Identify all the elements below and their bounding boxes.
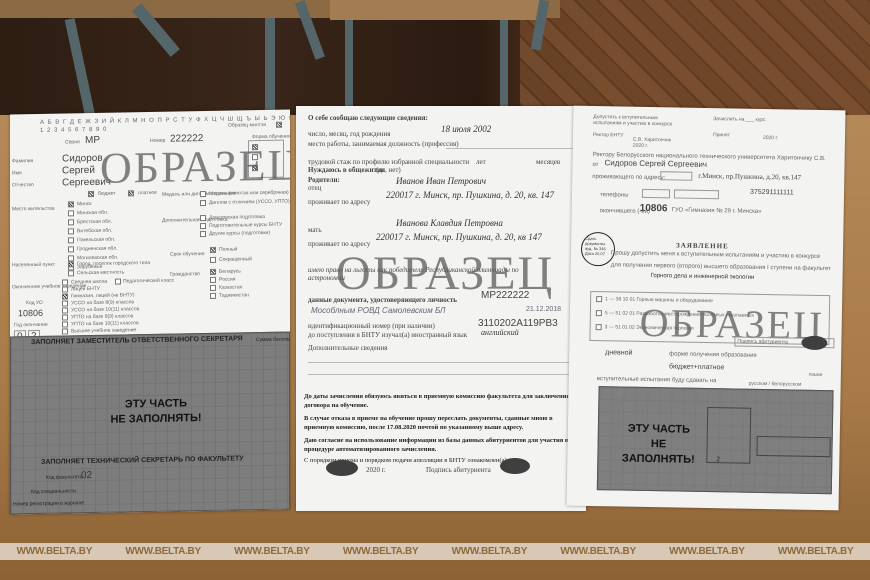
citizenship-checkbox[interactable]	[210, 277, 216, 283]
term-label: Полный	[219, 246, 237, 252]
info-header: О себе сообщаю следующие сведения:	[308, 114, 428, 122]
extra-label: Дополнительные сведения	[308, 344, 387, 352]
school-checkbox[interactable]	[62, 321, 68, 327]
school-name: ГУО «Гимназия № 29 г. Минска»	[672, 207, 762, 215]
watermark-bar: WWW.BELTA.BY WWW.BELTA.BY WWW.BELTA.BY W…	[0, 543, 870, 560]
warning-line-3: ЗАПОЛНЯТЬ!	[618, 451, 698, 467]
work-line	[446, 148, 576, 149]
medal-label: Медаль (золотая или серебряная)	[209, 190, 289, 197]
school-checkbox[interactable]	[62, 293, 68, 299]
sheet-application: Допустить к вступительным испытаниям и у…	[567, 106, 846, 511]
budget-checkbox[interactable]	[88, 191, 94, 197]
patronymic-label: Отчество	[12, 182, 34, 188]
official-use-area: ЗАПОЛНЯЕТ ЗАМЕСТИТЕЛЬ ОТВЕТСТВЕННОГО СЕК…	[10, 332, 290, 515]
accepted-label: Принят	[713, 132, 730, 138]
citizenship-label: Таджикистан	[219, 292, 249, 299]
birth-label: число, месяц, год рождения	[308, 130, 391, 138]
grad-year-label: Год окончания	[14, 322, 48, 329]
medal-checkbox[interactable]	[200, 200, 206, 206]
school-label: Средняя школа	[71, 279, 107, 286]
citizenship-label: Беларусь	[219, 268, 241, 274]
sample-check-label: Образец милтэн	[228, 122, 266, 129]
watermark-text: WWW.BELTA.BY	[234, 546, 309, 557]
applicant-name: Сидоров Сергей Сергеевич	[604, 158, 707, 169]
term-label: Срок обучения	[170, 251, 204, 258]
code-value: 10806	[18, 308, 43, 318]
watermark-text: WWW.BELTA.BY	[778, 546, 853, 557]
region-checkbox[interactable]	[68, 201, 74, 207]
school-checkbox[interactable]	[62, 286, 68, 292]
school-label: Гимназия, лицей (не БНТУ)	[71, 292, 135, 299]
stamp-line: Дата 20.07	[585, 251, 605, 256]
specialty-checkbox[interactable]	[596, 324, 602, 330]
paragraph-2: В случае отказа в приеме на обучение про…	[304, 414, 579, 432]
father-address: 220017 г. Минск, пр. Пушкина, д. 20, кв.…	[386, 190, 554, 200]
budget-label: бюджет	[98, 191, 116, 197]
official-use-area: ЭТУ ЧАСТЬ НЕ ЗАПОЛНЯТЬ! 2	[597, 386, 834, 494]
sample-checkbox[interactable]	[276, 122, 282, 128]
sheet-personal-info: О себе сообщаю следующие сведения: число…	[296, 106, 586, 511]
enrolled-label: Зачислить на ___ курс	[713, 116, 765, 123]
paragraph-3: Даю согласие на использование информации…	[304, 436, 579, 454]
paragraph-1: До даты зачисления обязуюсь явиться в пр…	[304, 392, 579, 410]
specialty-code-label: Код специальности	[31, 488, 76, 495]
dorm-label: Нуждаюсь в общежитии	[308, 166, 385, 174]
experience-months: месяцев	[536, 158, 560, 166]
decision-box	[756, 436, 830, 457]
specialty-checkbox[interactable]	[596, 310, 602, 316]
submission-stamp-text: Сдать документы ауд. № 346 Дата 20.07	[585, 236, 609, 256]
region-checkbox[interactable]	[68, 246, 74, 252]
term-checkbox[interactable]	[210, 247, 216, 253]
school-code: 10806	[640, 203, 668, 214]
term-checkbox[interactable]	[210, 257, 216, 263]
series-value: МР	[85, 135, 100, 146]
settlement-label: Сельская местность	[77, 269, 124, 276]
rector-label-left: Ректор БНТУ	[593, 132, 624, 139]
prep-label: Довузовская подготовка	[209, 214, 265, 221]
phone-label: телефоны	[600, 192, 629, 198]
phone-code-box	[642, 189, 670, 198]
dorm-value: (да, нет)	[376, 166, 401, 174]
citizenship-checkbox[interactable]	[210, 269, 216, 275]
school-checkbox[interactable]	[62, 300, 68, 306]
redacted-signature	[500, 458, 530, 474]
region-label: Гомельская обл.	[77, 237, 115, 244]
settlement-checkbox[interactable]	[68, 270, 74, 276]
desk-edge-2	[330, 0, 540, 20]
postal-code-box	[660, 171, 692, 181]
school-label: УССО на базе 8(9) классов	[71, 299, 134, 306]
parents-label: Родители:	[308, 176, 340, 184]
signature-label: Подпись абитуриента	[426, 466, 491, 474]
lang-suffix: языке	[809, 372, 823, 378]
region-label: Гродненская обл.	[77, 246, 118, 253]
mother-label: мать	[308, 226, 322, 234]
settlement-checkbox[interactable]	[68, 261, 74, 267]
sheet-registration-form: А Б В Г Д Е Ж З И Й К Л М Н О П Р С Т У …	[10, 110, 290, 515]
name-label: Имя	[12, 170, 22, 176]
watermark-text: WWW.BELTA.BY	[125, 546, 200, 557]
phone-value: 375291111111	[750, 189, 794, 197]
watermark-text: WWW.BELTA.BY	[343, 546, 418, 557]
citizenship-label: Казахстан	[219, 284, 242, 290]
father-address-label: проживает по адресу	[308, 198, 370, 206]
surname-label: Фамилия	[12, 158, 33, 164]
school-label: УПТО на базе 8(9) классов	[71, 313, 133, 320]
citizenship-label: Россия	[219, 277, 235, 283]
school-label: Лицей БНТУ	[71, 286, 100, 293]
year-right: 2020 г.	[763, 135, 778, 141]
region-label: Витебская обл.	[77, 228, 112, 235]
medal-label: Диплом с отличием (УССО, УПТО)	[209, 199, 290, 206]
desk-leg	[265, 18, 275, 118]
redacted-date	[326, 460, 358, 476]
warning-line-1: ЭТУ ЧАСТЬ	[619, 421, 699, 437]
digits-row: 1 2 3 4 5 6 7 8 9 0	[40, 127, 107, 134]
prep-label: Подготовительные курсы БНТУ	[209, 222, 282, 229]
code-label: Код УО	[26, 300, 43, 306]
date-year: 2020 г.	[366, 466, 386, 474]
sample-stamp: ОБРАЗЕЦ	[100, 139, 290, 194]
region-label: Минск	[77, 201, 91, 207]
birth-value: 18 июля 2002	[441, 124, 491, 134]
extra-line-2	[308, 374, 573, 375]
region-checkbox[interactable]	[68, 228, 74, 234]
admit-label: Допустить к вступительным испытаниям и у…	[593, 114, 683, 128]
issued-by: Мособлным РОВД Самолевским БЛ	[311, 306, 445, 315]
address-value: г.Минск, пр.Пушкина, д.20, кв.147	[698, 172, 801, 182]
id-doc-value: МР222222	[481, 290, 529, 301]
school-checkbox[interactable]	[62, 314, 68, 320]
do-not-fill-warning: ЭТУ ЧАСТЬ НЕ ЗАПОЛНЯТЬ!	[618, 421, 699, 467]
prep-checkbox[interactable]	[200, 223, 206, 229]
exams-label: вступительные испытания буду сдавать на	[597, 376, 717, 384]
region-label: Минская обл.	[77, 210, 108, 217]
prep-checkbox[interactable]	[200, 215, 206, 221]
settlement-label: Город, поселок городского типа	[77, 260, 150, 267]
form-label: форме получения образования	[669, 351, 757, 359]
warning-line-2: НЕ ЗАПОЛНЯТЬ!	[101, 411, 211, 428]
ped-class-checkbox[interactable]	[115, 279, 121, 285]
form-value: дневной	[605, 349, 632, 356]
lang-value: английский	[481, 328, 519, 337]
faculty-name: Горного дела и инженерной экологии	[650, 273, 754, 281]
lang-label: до поступления в БНТУ изучал(а) иностран…	[308, 331, 467, 339]
experience-years: лет	[476, 158, 486, 166]
citizenship-label: Гражданство	[170, 271, 200, 278]
id-doc-label: данные документа, удостоверяющего личнос…	[308, 296, 457, 304]
watermark-text: WWW.BELTA.BY	[452, 546, 527, 557]
prep-checkbox[interactable]	[200, 231, 206, 237]
region-checkbox[interactable]	[68, 219, 74, 225]
signature-label: Подпись абитуриента	[737, 339, 788, 346]
year-left: 2020 г.	[633, 143, 648, 149]
region-label: Брестская обл.	[77, 219, 112, 226]
father-name: Иванов Иван Петрович	[396, 176, 486, 186]
school-checkbox[interactable]	[62, 279, 68, 285]
watermark-text: WWW.BELTA.BY	[669, 546, 744, 557]
term-label: Сокращенный	[219, 256, 252, 263]
desk-leg	[345, 20, 353, 115]
sum-label: Сумма баллов	[256, 337, 290, 344]
application-title: ЗАЯВЛЕНИЕ	[676, 241, 729, 250]
address-label: проживающего по адресу:	[592, 174, 665, 181]
redacted-signature	[801, 336, 827, 350]
citizenship-checkbox[interactable]	[210, 293, 216, 299]
funding-value: бюджет+платное	[669, 363, 724, 371]
journal-label: Номер регистрации в журнале	[13, 500, 84, 507]
father-label: отец	[308, 184, 321, 192]
school-label: УПТО на базе 10(11) классов	[71, 320, 139, 327]
phone-number-box	[674, 189, 719, 199]
ped-class-label: Педагогический класс	[123, 278, 174, 285]
check-digit: 2	[716, 455, 720, 463]
do-not-fill-warning: ЭТУ ЧАСТЬ НЕ ЗАПОЛНЯТЬ!	[101, 396, 211, 428]
mother-address: 220017 г. Минск, пр. Пушкина, д. 20, кв …	[376, 232, 542, 242]
degree-text: для получения первого (второго) высшего …	[611, 262, 831, 272]
residence-label: Место жительства	[12, 206, 55, 213]
region-checkbox[interactable]	[68, 210, 74, 216]
school-label: Высшее учебное заведение	[71, 327, 136, 334]
experience-label: трудовой стаж по профилю избранной специ…	[308, 158, 469, 166]
paid-checkbox[interactable]	[128, 190, 134, 196]
specialty-checkbox[interactable]	[596, 296, 602, 302]
faculty-code-label: Код факультета	[46, 474, 82, 481]
settlement-label: Населенный пункт	[12, 262, 55, 269]
work-label: место работы, занимаемая должность (проф…	[308, 140, 459, 148]
school-checkbox[interactable]	[62, 307, 68, 313]
surname-value: Сидоров	[62, 153, 103, 165]
issued-date: 21.12.2018	[526, 306, 561, 313]
desk-leg	[500, 20, 508, 115]
watermark-text: WWW.BELTA.BY	[560, 546, 635, 557]
faculty-code-value: 02	[81, 470, 92, 481]
watermark-text: WWW.BELTA.BY	[17, 546, 92, 557]
series-label: Серия	[65, 139, 80, 145]
name-value: Сергей	[62, 165, 95, 177]
mother-name: Иванова Клавдия Петровна	[396, 218, 503, 228]
school-checkbox[interactable]	[62, 328, 68, 334]
warning-line-2: НЕ	[618, 436, 698, 452]
request-text: Прошу допустить меня к вступительным исп…	[611, 250, 820, 260]
id-number-label: идентификационный номер (при наличии)	[308, 322, 435, 330]
citizenship-checkbox[interactable]	[210, 285, 216, 291]
paid-label: платное	[138, 190, 157, 196]
medal-checkbox[interactable]	[200, 191, 206, 197]
region-checkbox[interactable]	[68, 237, 74, 243]
prep-label: Другие курсы (подготовки)	[209, 230, 270, 237]
extra-line	[308, 362, 573, 363]
score-table	[706, 407, 751, 464]
school-label: УССО на базе 10(11) классов	[71, 306, 139, 313]
from-label: от	[592, 162, 598, 168]
exams-lang: русском / белорусском	[749, 381, 802, 388]
